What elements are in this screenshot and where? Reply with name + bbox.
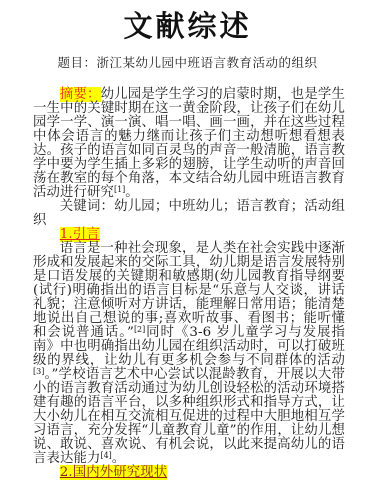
document-page: 文献综述 题目：浙江某幼儿园中班语言教育活动的组织 摘要：幼儿园是学生学习的启蒙… (0, 0, 375, 491)
document-body: 摘要：幼儿园是学生学习的启蒙时期，也是学生一生中的关键时期在这一黄金阶段，让孩子… (33, 88, 345, 480)
reference-marker-3: [3] (33, 367, 44, 376)
reference-marker-2: [2] (134, 325, 145, 334)
section-heading-introduction: 1.引言 (60, 227, 100, 242)
reference-marker-1: [1] (114, 185, 125, 194)
keywords-label: 关键词： (60, 199, 114, 214)
keywords-paragraph: 关键词：幼儿园；中班幼儿；语言教育；活动组织 (33, 200, 345, 228)
reference-marker-4: [4] (100, 451, 111, 460)
page-title: 文献综述 (0, 0, 375, 43)
abstract-label: 摘要： (60, 87, 101, 102)
abstract-paragraph: 摘要：幼儿园是学生学习的启蒙时期，也是学生一生中的关键时期在这一黄金阶段，让孩子… (33, 88, 345, 200)
section-heading-research-status: 2.国内外研究现状 (60, 465, 167, 480)
intro-segment-3: 。”学校语言艺术中心尝试以混龄教育，开展以大带小的语言教育活动通过为幼儿创设轻松… (33, 367, 345, 466)
section-2-heading-line: 2.国内外研究现状 (33, 466, 345, 480)
intro-tail: 。 (112, 451, 126, 466)
abstract-tail: 。 (125, 185, 139, 200)
abstract-text: 幼儿园是学生学习的启蒙时期，也是学生一生中的关键时期在这一黄金阶段，让孩子们在幼… (33, 87, 345, 200)
doc-subtitle: 题目：浙江某幼儿园中班语言教育活动的组织 (0, 53, 375, 71)
introduction-paragraph: 语言是一种社会现象，是人类在社会实践中逐渐形成和发展起来的交际工具，幼儿期是语言… (33, 242, 345, 466)
section-1-heading-line: 1.引言 (33, 228, 345, 242)
